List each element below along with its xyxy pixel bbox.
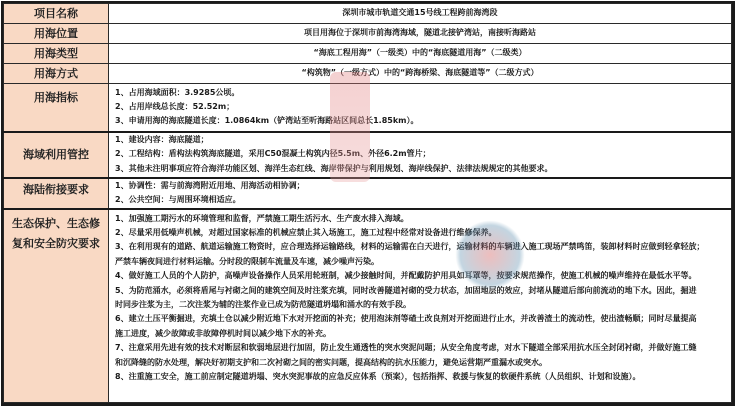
text-line: 4、做好施工人员的个人防护，高噪声设备操作人员采用轮班制，减少接触时间，并配戴防… (115, 269, 725, 283)
text-line: 深圳市城市轨道交通15号线工程跨前海湾段 (115, 6, 725, 20)
value-sea-use-indicators: 1、占用海域面积：3.9285公顷。 2、占用岸线总长度：52.52m； 3、申… (109, 84, 732, 132)
text-line: 时同步注浆为主，二次注浆为辅的注浆作业已成为防范隧道坍塌和涌水的有效手段。 (115, 298, 725, 312)
label-sea-use-indicators: 用海指标 (4, 84, 109, 132)
text-line: 3、其他未注明事项应符合海洋功能区划、海洋生态红线、海岸带保护与利用规划、海岸线… (115, 162, 725, 176)
label-sea-use-method: 用海方式 (4, 64, 109, 84)
label-project-name: 项目名称 (4, 4, 109, 24)
label-sea-location: 用海位置 (4, 24, 109, 44)
value-sea-area-control: 1、建设内容：海底隧道； 2、工程结构：盾构法构筑海底隧道，采用C50混凝土构筑… (109, 132, 732, 178)
text-line: 严禁车辆夜间进行材料运输。分时段的限制车流量及车速，减少噪声污染。 (115, 255, 725, 269)
text-line: 2、尽量采用低噪声机械，对超过国家标准的机械应禁止其入场施工，施工过程中经常对设… (115, 226, 725, 240)
text-line: 3、申请用海的海底隧道长度：1.0864km（铲湾站至听海路站区间总长1.85k… (115, 114, 725, 128)
text-line: 2、工程结构：盾构法构筑海底隧道，采用C50混凝土构筑内径5.5m、外径6.2m… (115, 147, 725, 161)
row-land-sea-connection: 海陆衔接要求 1、协调性：需与前海湾附近用地、用海活动相协调； 2、公共空间：与… (4, 178, 732, 209)
sea-use-info-sheet: 项目名称 深圳市城市轨道交通15号线工程跨前海湾段 用海位置 项目用海位于深圳市… (1, 1, 735, 406)
text-line: “海底工程用海”（一级类）中的“海底隧道用海”（二级类） (115, 46, 725, 60)
text-line: 施工进度，减少故障或非故障停机时间以减少地下水的补充。 (115, 327, 725, 341)
text-line: 6、建立土压平衡掘进，充填土仓以减少附近地下水对开挖面的补充；使用泡沫剂等碴土改… (115, 312, 725, 326)
value-land-sea-connection: 1、协调性：需与前海湾附近用地、用海活动相协调； 2、公共空间：与周围环境相适应… (109, 178, 732, 209)
label-ecological-protection: 生态保护、生态修复和安全防灾要求 (4, 209, 109, 403)
value-sea-use-method: “构筑物”（一级方式）中的“跨海桥梁、海底隧道等”（二级方式） (109, 64, 732, 84)
text-line: 2、公共空间：与周围环境相适应。 (115, 193, 725, 207)
label-land-sea-connection: 海陆衔接要求 (4, 178, 109, 209)
value-sea-use-type: “海底工程用海”（一级类）中的“海底隧道用海”（二级类） (109, 44, 732, 64)
text-line: 2、占用岸线总长度：52.52m； (115, 100, 725, 114)
text-line: 和沉降缝的防水处理，解决好初期支护和二次衬砌之间的密实问题，提高结构的抗水压能力… (115, 356, 725, 370)
text-line: “构筑物”（一级方式）中的“跨海桥梁、海底隧道等”（二级方式） (115, 66, 725, 80)
row-sea-use-method: 用海方式 “构筑物”（一级方式）中的“跨海桥梁、海底隧道等”（二级方式） (4, 64, 732, 84)
row-project-name: 项目名称 深圳市城市轨道交通15号线工程跨前海湾段 (4, 4, 732, 24)
label-sea-use-type: 用海类型 (4, 44, 109, 64)
value-sea-location: 项目用海位于深圳市前海湾海域，隧道北接铲湾站，南接听海路站 (109, 24, 732, 44)
row-ecological-protection: 生态保护、生态修复和安全防灾要求 1、加强施工期污水的环境管理和监督，严禁施工期… (4, 209, 732, 403)
label-sea-area-control: 海域利用管控 (4, 132, 109, 178)
value-project-name: 深圳市城市轨道交通15号线工程跨前海湾段 (109, 4, 732, 24)
sea-use-table: 项目名称 深圳市城市轨道交通15号线工程跨前海湾段 用海位置 项目用海位于深圳市… (3, 3, 732, 403)
text-line: 7、注意采用先进有效的技术对断层和软弱地层进行加固，防止发生通透性的突水突泥问题… (115, 341, 725, 355)
text-line: 3、在利用现有的道路、航道运输施工物资时，应合理选择运输路线，材料的运输需在白天… (115, 240, 725, 254)
value-ecological-protection: 1、加强施工期污水的环境管理和监督，严禁施工期生活污水、生产废水排入海域。 2、… (109, 209, 732, 403)
row-sea-area-control: 海域利用管控 1、建设内容：海底隧道； 2、工程结构：盾构法构筑海底隧道，采用C… (4, 132, 732, 178)
text-line: 1、协调性：需与前海湾附近用地、用海活动相协调； (115, 179, 725, 193)
text-line: 8、注重施工安全，施工前应制定隧道坍塌、突水突泥事故的应急反应体系（预案），包括… (115, 370, 725, 384)
text-line: 1、占用海域面积：3.9285公顷。 (115, 86, 725, 100)
text-line: 5、为防范涌水，必须将盾尾与衬砌之间的建筑空间及时注浆充填，同时改善隧道衬砌的受… (115, 284, 725, 298)
row-sea-use-indicators: 用海指标 1、占用海域面积：3.9285公顷。 2、占用岸线总长度：52.52m… (4, 84, 732, 132)
row-sea-use-type: 用海类型 “海底工程用海”（一级类）中的“海底隧道用海”（二级类） (4, 44, 732, 64)
text-line: 1、加强施工期污水的环境管理和监督，严禁施工期生活污水、生产废水排入海域。 (115, 212, 725, 226)
row-sea-location: 用海位置 项目用海位于深圳市前海湾海域，隧道北接铲湾站，南接听海路站 (4, 24, 732, 44)
text-line: 1、建设内容：海底隧道； (115, 133, 725, 147)
text-line: 项目用海位于深圳市前海湾海域，隧道北接铲湾站，南接听海路站 (115, 26, 725, 40)
